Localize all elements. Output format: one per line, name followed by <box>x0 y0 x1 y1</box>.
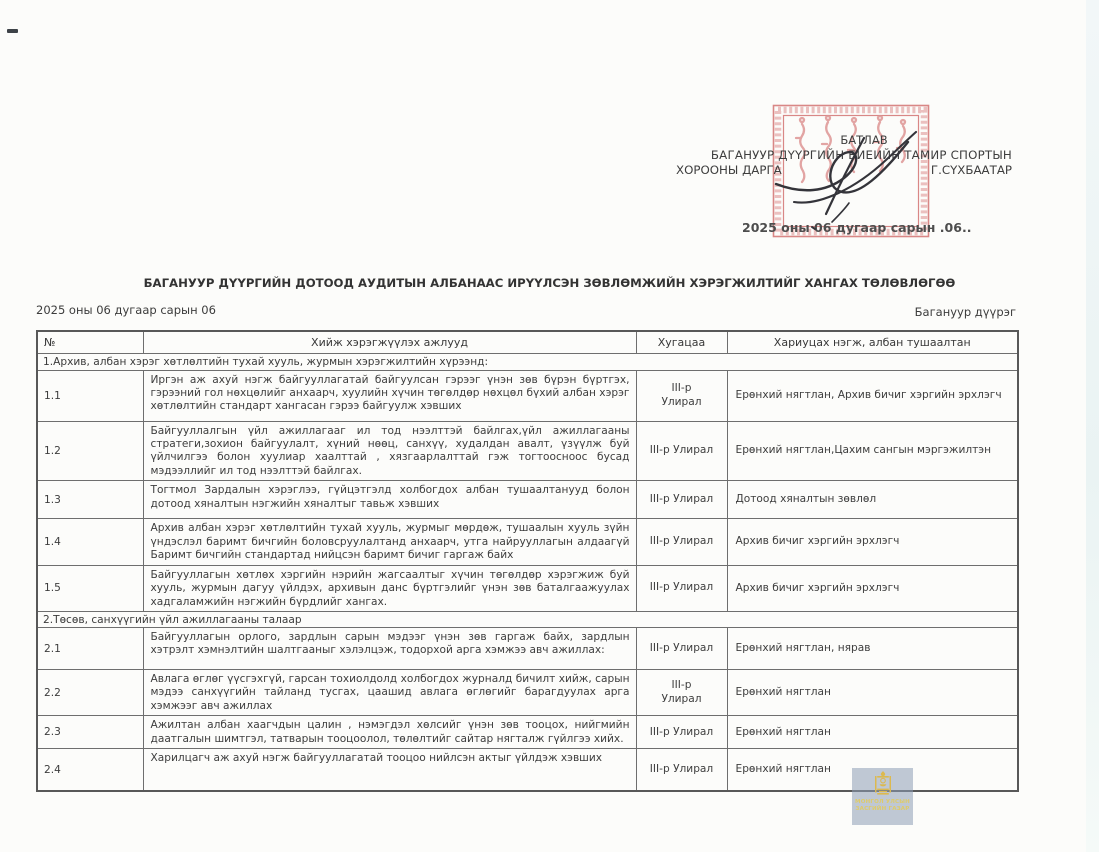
row-number-cell: 2.2 <box>37 670 143 716</box>
task-cell: Тогтмол Зардалын хэрэглээ, гүйцэтгэлд хо… <box>143 481 636 519</box>
scan-artifact-dash <box>7 29 18 33</box>
table-header-row: № Хийж хэрэгжүүлэх ажлууд Хугацаа Хариуц… <box>37 331 1018 353</box>
responsible-cell: Ерөнхий нягтлан, нярав <box>727 628 1018 670</box>
row-number-cell: 1.4 <box>37 519 143 565</box>
duration-cell: III-р Улирал <box>636 716 727 749</box>
report-date: 2025 оны 06 дугаар сарын 06 <box>36 303 216 317</box>
duration-cell: III-р Улирал <box>636 749 727 791</box>
row-number-cell: 1.1 <box>37 370 143 421</box>
signer-name: Г.СҮХБААТАР <box>931 163 1012 177</box>
implementation-plan-table: № Хийж хэрэгжүүлэх ажлууд Хугацаа Хариуц… <box>36 330 1019 792</box>
chairman-title: ХОРООНЫ ДАРГА <box>676 163 782 177</box>
signature <box>768 126 928 232</box>
duration-cell: III-р Улирал <box>636 421 727 481</box>
task-cell: Иргэн аж ахуй нэгж байгууллагатай байгуу… <box>143 370 636 421</box>
row-number-cell: 2.3 <box>37 716 143 749</box>
column-header-no: № <box>37 331 143 353</box>
row-number-cell: 1.2 <box>37 421 143 481</box>
responsible-cell: Ерөнхий нягтлан,Цахим сангын мэргэжилтэн <box>727 421 1018 481</box>
responsible-cell: Ерөнхий нягтлан, Архив бичиг хэргийн эрх… <box>727 370 1018 421</box>
responsible-cell: Архив бичиг хэргийн эрхлэгч <box>727 519 1018 565</box>
responsible-cell: Дотоод хяналтын зөвлөл <box>727 481 1018 519</box>
watermark-line2: ЗАСГИЙН ГАЗАР <box>855 806 910 813</box>
soyombo-emblem-icon <box>874 771 892 797</box>
row-number-cell: 2.1 <box>37 628 143 670</box>
responsible-cell: Архив бичиг хэргийн эрхлэгч <box>727 565 1018 611</box>
section-header-row: 1.Архив, албан хэрэг хөтлөлтийн тухай ху… <box>37 353 1018 370</box>
duration-cell: III-р Улирал <box>636 628 727 670</box>
scan-edge-tint <box>1086 0 1099 852</box>
scanned-document-page: БАТЛАВ БАГАНУУР ДҮҮРГИЙН БИЕИЙН ТАМИР СП… <box>0 0 1099 852</box>
row-number-cell: 1.5 <box>37 565 143 611</box>
column-header-tasks: Хийж хэрэгжүүлэх ажлууд <box>143 331 636 353</box>
duration-cell: III-р Улирал <box>636 670 727 716</box>
table-row: 1.5 Байгууллагын хөтлөх хэргийн нэрийн ж… <box>37 565 1018 611</box>
document-title: БАГАНУУР ДҮҮРГИЙН ДОТООД АУДИТЫН АЛБАНАА… <box>0 276 1099 290</box>
table-row: 2.3 Ажилтан албан хаагчдын цалин , нэмэг… <box>37 716 1018 749</box>
table-row: 1.2 Байгууллалгын үйл ажиллагааг ил тод … <box>37 421 1018 481</box>
task-cell: Авлага өглөг үүсгэхгүй, гарсан тохиолдол… <box>143 670 636 716</box>
duration-cell: III-р Улирал <box>636 565 727 611</box>
task-cell: Харилцагч аж ахуй нэгж байгууллагатай то… <box>143 749 636 791</box>
responsible-cell: Ерөнхий нягтлан <box>727 670 1018 716</box>
column-header-duration: Хугацаа <box>636 331 727 353</box>
row-number-cell: 1.3 <box>37 481 143 519</box>
table-row: 2.1 Байгууллагын орлого, зардлын сарын м… <box>37 628 1018 670</box>
task-cell: Байгууллалгын үйл ажиллагааг ил тод нээл… <box>143 421 636 481</box>
row-number-cell: 2.4 <box>37 749 143 791</box>
duration-cell: III-р Улирал <box>636 481 727 519</box>
table-row: 1.3 Тогтмол Зардалын хэрэглээ, гүйцэтгэл… <box>37 481 1018 519</box>
task-cell: Байгууллагын орлого, зардлын сарын мэдээ… <box>143 628 636 670</box>
section-title: 2.Төсөв, санхүүгийн үйл ажиллагааны тала… <box>37 612 1018 628</box>
responsible-cell: Ерөнхий нягтлан <box>727 716 1018 749</box>
section-title: 1.Архив, албан хэрэг хөтлөлтийн тухай ху… <box>37 353 1018 370</box>
task-cell: Архив албан хэрэг хөтлөлтийн тухай хууль… <box>143 519 636 565</box>
table-row: 1.1 Иргэн аж ахуй нэгж байгууллагатай ба… <box>37 370 1018 421</box>
duration-cell: III-р Улирал <box>636 519 727 565</box>
task-cell: Байгууллагын хөтлөх хэргийн нэрийн жагса… <box>143 565 636 611</box>
table-row: 2.2 Авлага өглөг үүсгэхгүй, гарсан тохио… <box>37 670 1018 716</box>
table-row: 1.4 Архив албан хэрэг хөтлөлтийн тухай х… <box>37 519 1018 565</box>
column-header-responsible: Хариуцах нэгж, албан тушаалтан <box>727 331 1018 353</box>
watermark-text: МОНГОЛ УЛСЫН ЗАСГИЙН ГАЗАР <box>855 799 910 813</box>
section-header-row: 2.Төсөв, санхүүгийн үйл ажиллагааны тала… <box>37 612 1018 628</box>
district-name: Багануур дүүрэг <box>915 305 1016 319</box>
government-watermark: МОНГОЛ УЛСЫН ЗАСГИЙН ГАЗАР <box>852 768 913 825</box>
task-cell: Ажилтан албан хаагчдын цалин , нэмэгдэл … <box>143 716 636 749</box>
duration-cell: III-р Улирал <box>636 370 727 421</box>
